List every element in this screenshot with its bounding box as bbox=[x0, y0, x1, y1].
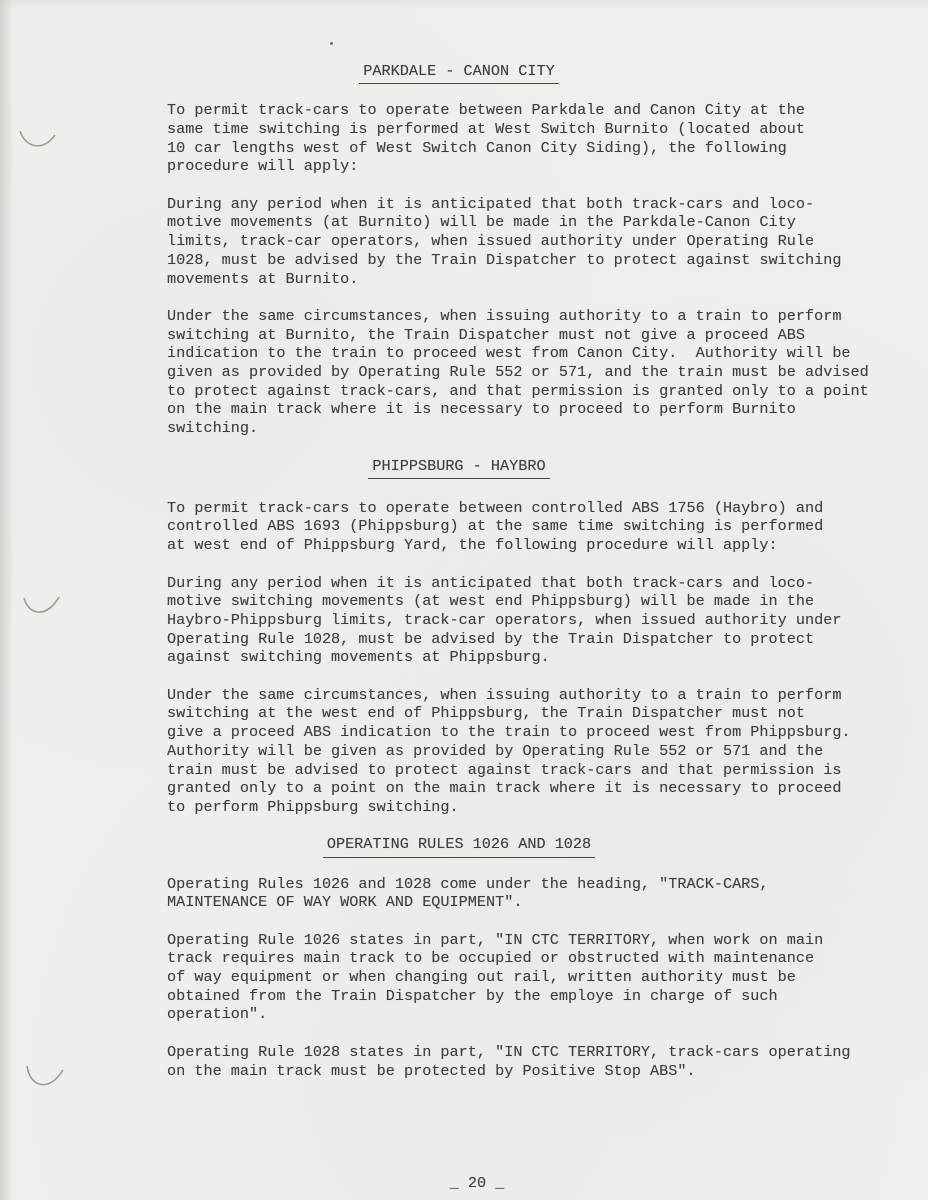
paragraph: Under the same circumstances, when issui… bbox=[167, 686, 879, 817]
paragraph: Operating Rule 1028 states in part, "IN … bbox=[167, 1043, 879, 1080]
heading-text: PARKDALE - CANON CITY bbox=[359, 62, 558, 84]
document-body: PARKDALE - CANON CITY To permit track-ca… bbox=[167, 0, 879, 1099]
scan-arc-mark-icon bbox=[22, 592, 62, 622]
paragraph: During any period when it is anticipated… bbox=[167, 195, 879, 289]
section-heading-parkdale-canon-city: PARKDALE - CANON CITY bbox=[103, 62, 815, 84]
paragraph: To permit track-cars to operate between … bbox=[167, 101, 879, 176]
paragraph: Operating Rules 1026 and 1028 come under… bbox=[167, 875, 879, 912]
paragraph: Operating Rule 1026 states in part, "IN … bbox=[167, 931, 879, 1025]
heading-text: PHIPPSBURG - HAYBRO bbox=[368, 457, 549, 479]
heading-text: OPERATING RULES 1026 AND 1028 bbox=[323, 835, 595, 857]
scan-arc-mark-icon bbox=[18, 128, 58, 156]
scan-arc-mark-icon bbox=[24, 1062, 66, 1096]
section-heading-phippsburg-haybro: PHIPPSBURG - HAYBRO bbox=[103, 457, 815, 479]
section-heading-operating-rules-1026-1028: OPERATING RULES 1026 AND 1028 bbox=[103, 835, 815, 857]
page-number: _ 20 _ bbox=[13, 1174, 928, 1193]
paragraph: During any period when it is anticipated… bbox=[167, 574, 879, 668]
paragraph: Under the same circumstances, when issui… bbox=[167, 307, 879, 438]
paragraph: To permit track-cars to operate between … bbox=[167, 499, 879, 555]
scanned-document-page: { "page": { "number_label": "_ 20 _" }, … bbox=[0, 0, 928, 1200]
